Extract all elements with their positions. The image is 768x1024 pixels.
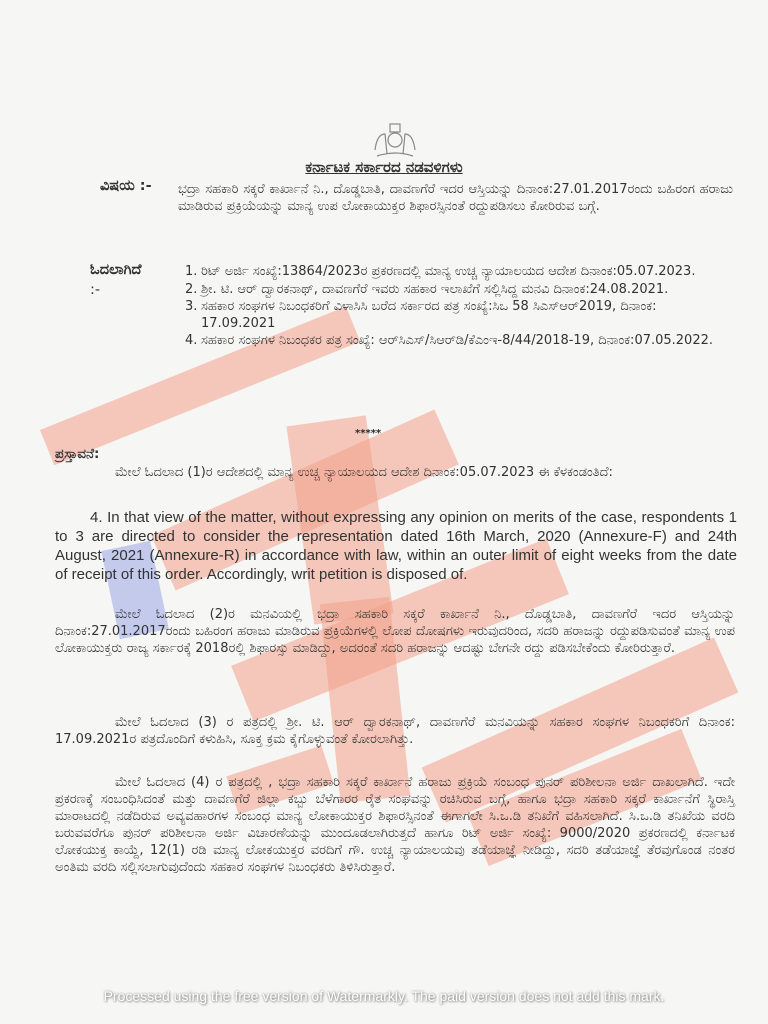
reference-item: 1.ರಿಟ್ ಅರ್ಜಿ ಸಂಖ್ಯೆ:13864/2023ರ ಪ್ರಕರಣದಲ… bbox=[185, 264, 735, 281]
document-title: ಕರ್ನಾಟಕ ಸರ್ಕಾರದ ನಡವಳಿಗಳು bbox=[0, 158, 768, 176]
preamble-paragraph-3: ಮೇಲೆ ಓದಲಾದ (3) ರ ಪತ್ರದಲ್ಲಿ ಶ್ರೀ. ಟಿ. ಆರ್… bbox=[55, 714, 735, 748]
reference-item: 2.ಶ್ರೀ. ಟಿ. ಆರ್ ದ್ವಾರಕನಾಥ್, ದಾವಣಗೆರೆ ಇವರ… bbox=[185, 282, 735, 299]
preamble-paragraph-4: ಮೇಲೆ ಓದಲಾದ (4) ರ ಪತ್ರದಲ್ಲಿ , ಭದ್ರಾ ಸಹಕಾರ… bbox=[55, 774, 735, 876]
preamble-intro: ಮೇಲೆ ಓದಲಾದ (1)ರ ಆದೇಶದಲ್ಲಿ ಮಾನ್ಯ ಉಚ್ಚ ನ್ಯ… bbox=[55, 464, 735, 481]
references-label-suffix: :- bbox=[90, 282, 100, 298]
preamble-label: ಪ್ರಸ್ತಾವನೆ: bbox=[55, 446, 99, 462]
section-separator: ***** bbox=[355, 428, 381, 439]
references-label: ಓದಲಾಗಿದೆ bbox=[90, 262, 142, 278]
subject-label: ವಿಷಯ :- bbox=[100, 178, 152, 194]
court-order-quote: 4. In that view of the matter, without e… bbox=[55, 508, 737, 584]
reference-item: 3.ಸಹಕಾರ ಸಂಘಗಳ ನಿಬಂಧಕರಿಗೆ ವಿಳಾಸಿಸಿ ಬರೆದ ಸ… bbox=[185, 299, 735, 332]
subject-text: ಭದ್ರಾ ಸಹಕಾರಿ ಸಕ್ಕರೆ ಕಾರ್ಖಾನೆ ನಿ., ದೊಡ್ಡಬ… bbox=[178, 182, 733, 215]
state-emblem-icon bbox=[367, 120, 423, 160]
references-list: 1.ರಿಟ್ ಅರ್ಜಿ ಸಂಖ್ಯೆ:13864/2023ರ ಪ್ರಕರಣದಲ… bbox=[185, 264, 735, 351]
preamble-paragraph-2: ಮೇಲೆ ಓದಲಾದ (2)ರ ಮನವಿಯಲ್ಲಿ ಭದ್ರಾ ಸಹಕಾರಿ ಸ… bbox=[55, 606, 735, 657]
document-page: ಕರ್ನಾಟಕ ಸರ್ಕಾರದ ನಡವಳಿಗಳು ವಿಷಯ :- ಭದ್ರಾ ಸ… bbox=[0, 0, 768, 1024]
watermark-footer-text: Processed using the free version of Wate… bbox=[0, 988, 768, 1004]
reference-item: 4.ಸಹಕಾರ ಸಂಘಗಳ ನಿಬಂಧಕರ ಪತ್ರ ಸಂಖ್ಯೆ: ಆರ್‌ಸ… bbox=[185, 333, 735, 350]
